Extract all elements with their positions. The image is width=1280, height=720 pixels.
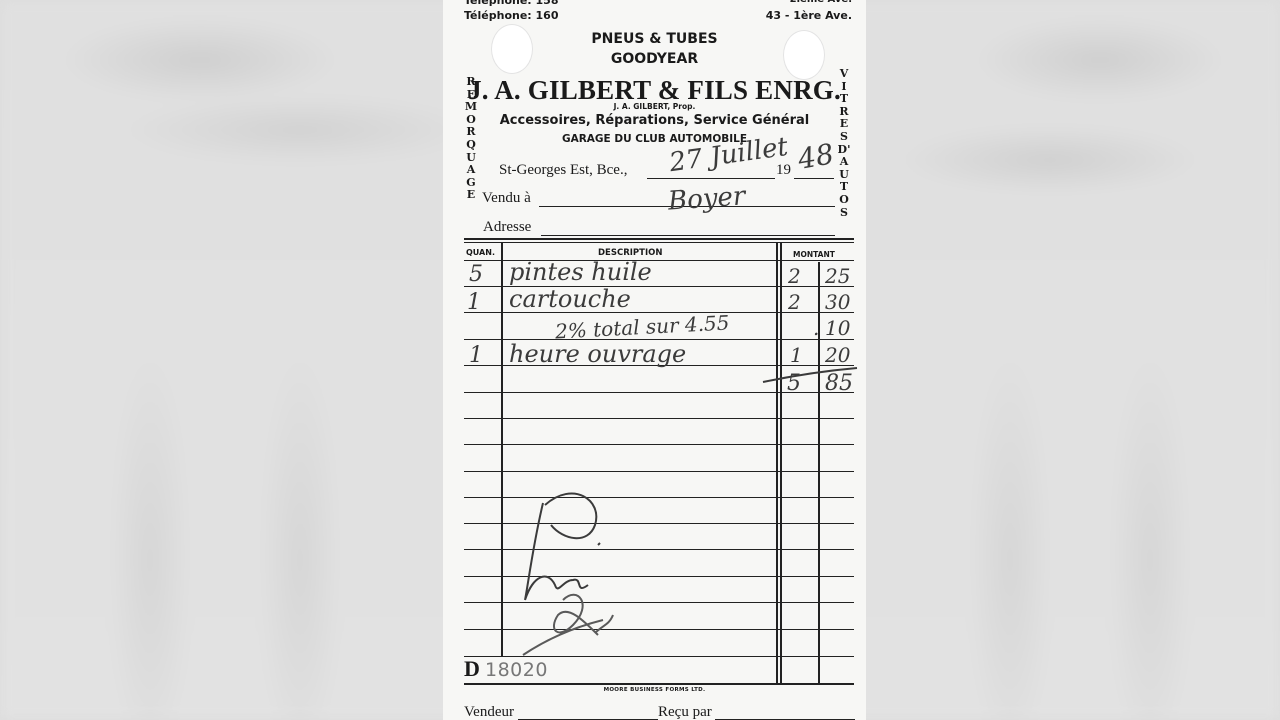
date-line xyxy=(647,178,775,179)
signature-paid-stroke xyxy=(503,485,643,665)
tagline-pneus: PNEUS & TUBES xyxy=(443,31,866,47)
header-amount: MONTANT xyxy=(793,250,835,259)
seller-label: Vendeur xyxy=(464,704,514,720)
row-line xyxy=(464,444,854,445)
sold-to-label: Vendu à xyxy=(482,190,531,207)
side-text-remorquage-letters: REMORQUAGE xyxy=(465,75,477,201)
row-1-cents: 25 xyxy=(825,264,850,288)
received-label: Reçu par xyxy=(658,704,712,720)
location-label: St-Georges Est, Bce., xyxy=(499,162,627,179)
row-2-dollars: 2 xyxy=(788,290,801,314)
address-label: Adresse xyxy=(483,219,531,236)
address-line-2: 43 - 1ère Ave. xyxy=(766,9,852,22)
row-3-dot: . xyxy=(813,316,819,340)
row-2-description: cartouche xyxy=(509,285,631,313)
serial-number: D 18020 xyxy=(464,656,548,682)
row-2-quantity: 1 xyxy=(467,290,481,315)
row-3-cents: 10 xyxy=(825,316,850,340)
table-bottom-rule xyxy=(464,683,854,685)
phone-line-2: Téléphone: 160 xyxy=(464,9,558,22)
header-description: DESCRIPTION xyxy=(598,248,662,258)
receipt: Téléphone: 158 Téléphone: 160 2ième Ave.… xyxy=(443,0,866,720)
year-line xyxy=(794,178,834,179)
year-prefix: 19 xyxy=(776,162,791,179)
sold-to-value: Boyer xyxy=(667,181,746,216)
col-divider-amount-left-2 xyxy=(780,243,782,683)
services-line: Accessoires, Réparations, Service Généra… xyxy=(443,113,866,128)
table-top-rule-2 xyxy=(464,242,854,243)
table-top-rule-1 xyxy=(464,238,854,240)
row-line xyxy=(464,471,854,472)
row-1-quantity: 5 xyxy=(469,262,483,287)
year-value: 48 xyxy=(795,137,836,176)
proprietor: J. A. GILBERT, Prop. xyxy=(443,102,866,111)
address-line xyxy=(541,235,835,236)
row-4-description: heure ouvrage xyxy=(509,340,686,368)
serial-digits: 18020 xyxy=(485,659,548,681)
header-quantity: QUAN. xyxy=(466,248,495,257)
row-line xyxy=(464,418,854,419)
row-1-dollars: 2 xyxy=(788,264,801,288)
side-text-vitres-dautos: VITRESD'AUTOS xyxy=(837,68,851,219)
printer-credit: MOORE BUSINESS FORMS LTD. xyxy=(443,687,866,693)
serial-prefix: D xyxy=(464,656,480,681)
col-divider-amount-left-1 xyxy=(776,243,778,683)
total-cents: 85 xyxy=(825,371,853,396)
side-text-remorquage: REMORQUAGE xyxy=(464,76,478,202)
row-4-cents: 20 xyxy=(825,343,850,367)
side-text-vitres-letters: VITRESD'AUTOS xyxy=(838,67,851,219)
row-2-cents: 30 xyxy=(825,290,850,314)
address-line-1: 2ième Ave. xyxy=(790,0,852,5)
tagline-goodyear: GOODYEAR xyxy=(443,51,866,67)
total-dollars: 5 xyxy=(787,371,801,396)
row-4-quantity: 1 xyxy=(469,343,483,368)
phone-line-1: Téléphone: 158 xyxy=(464,0,558,7)
row-1-description: pintes huile xyxy=(509,258,652,286)
row-4-dollars: 1 xyxy=(790,343,803,367)
